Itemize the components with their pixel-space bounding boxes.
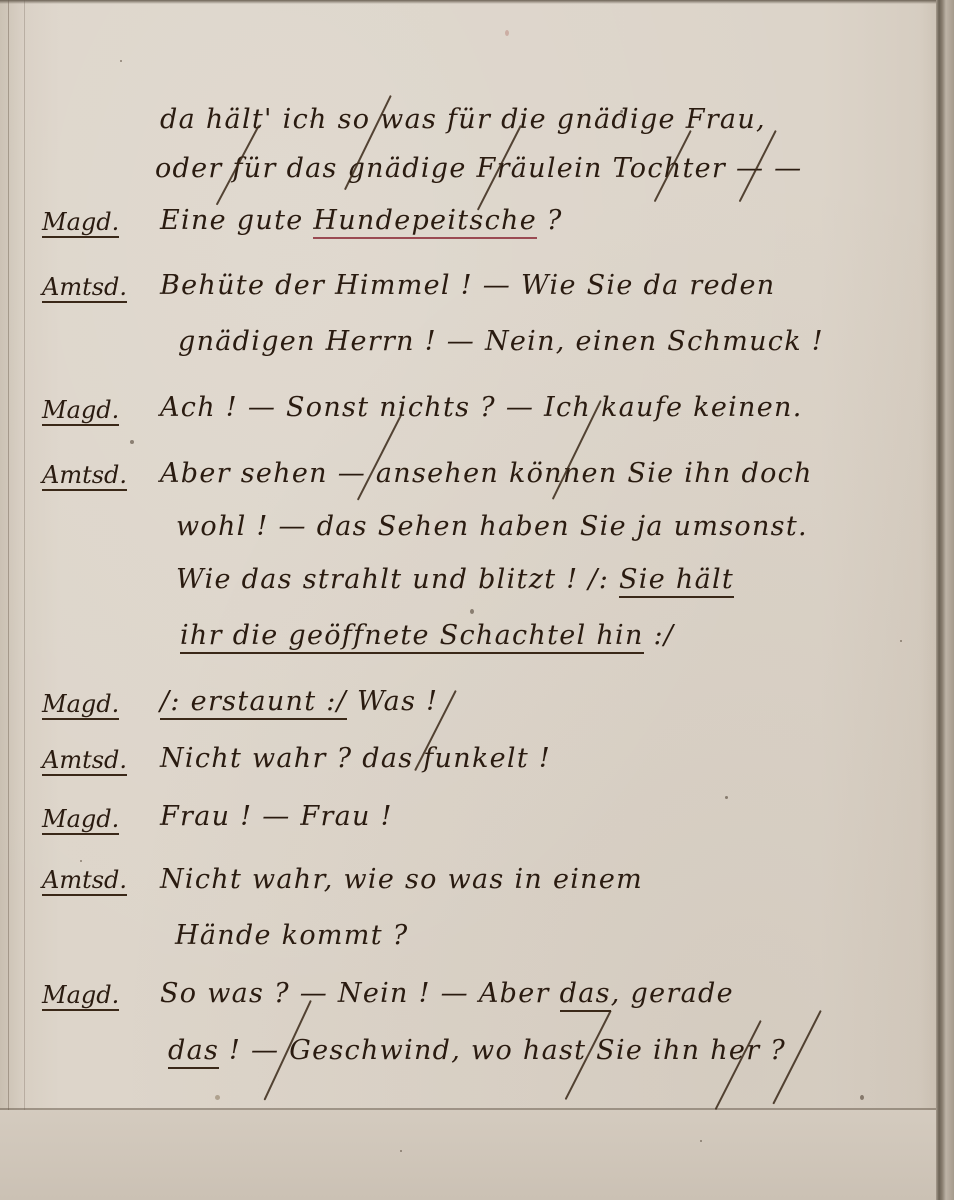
line-text: Nicht wahr ? das funkelt ! — [160, 743, 551, 774]
text-line: Aber sehen — ansehen können Sie ihn doch — [160, 460, 813, 487]
text-line: Behüte der Himmel ! — Wie Sie da reden — [160, 272, 775, 299]
text-line: Frau ! — Frau ! — [160, 803, 393, 830]
underlined-stage-direction: /: erstaunt :/ — [160, 686, 347, 720]
line-text: Behüte der Himmel ! — Wie Sie da reden — [160, 270, 775, 301]
line-text: Eine gute — [160, 205, 313, 236]
text-line: /: erstaunt :/ Was ! — [160, 688, 438, 715]
line-text: Hände kommt ? — [175, 920, 409, 951]
text-line: Eine gute Hundepeitsche ? — [160, 207, 563, 234]
page-bottom-margin — [0, 1110, 936, 1200]
speaker-label: Magd. — [42, 983, 119, 1011]
manuscript-scan: da hält' ich so was für die gnädige Frau… — [0, 0, 954, 1200]
text-line: das ! — Geschwind, wo hast Sie ihn her ? — [168, 1037, 786, 1064]
paper-speck — [400, 1150, 402, 1152]
speaker-label: Magd. — [42, 807, 119, 835]
underlined-stage-direction: ihr die geöffnete Schachtel hin — [180, 620, 644, 654]
speaker-label: Amtsd. — [42, 868, 127, 896]
manuscript-text: da hält' ich so was für die gnädige Frau… — [0, 0, 936, 1110]
line-text: Ach ! — Sonst nichts ? — Ich kaufe keine… — [160, 392, 803, 423]
line-text: wohl ! — das Sehen haben Sie ja umsonst. — [176, 511, 808, 542]
speaker-label: Amtsd. — [42, 463, 127, 491]
text-line: Nicht wahr ? das funkelt ! — [160, 745, 551, 772]
line-text: So was ? — Nein ! — Aber — [160, 978, 560, 1009]
speaker-label: Magd. — [42, 210, 119, 238]
line-text: da hält' ich so was für die gnädige Frau… — [160, 104, 766, 135]
line-text: Was ! — [347, 686, 438, 717]
line-text: , gerade — [611, 978, 734, 1009]
speaker-label: Magd. — [42, 692, 119, 720]
text-line: ihr die geöffnete Schachtel hin :/ — [180, 622, 674, 649]
manuscript-page: da hält' ich so was für die gnädige Frau… — [0, 0, 936, 1193]
speaker-label: Amtsd. — [42, 748, 127, 776]
text-line: gnädigen Herrn ! — Nein, einen Schmuck ! — [178, 328, 824, 355]
line-text: gnädigen Herrn ! — Nein, einen Schmuck ! — [178, 326, 824, 357]
scan-top-edge — [0, 0, 954, 4]
underlined-stage-direction: Sie hält — [619, 564, 734, 598]
speaker-label: Amtsd. — [42, 275, 127, 303]
underlined-word: das — [168, 1035, 219, 1069]
speaker-label: Magd. — [42, 398, 119, 426]
line-text: oder für das gnädige Fräulein Tochter — … — [155, 153, 802, 184]
page-right-edge — [936, 0, 954, 1200]
paper-speck — [700, 1140, 702, 1142]
text-line: Nicht wahr, wie so was in einem — [160, 866, 643, 893]
line-text: ! — Geschwind, wo hast Sie ihn her ? — [219, 1035, 786, 1066]
text-line: Ach ! — Sonst nichts ? — Ich kaufe keine… — [160, 394, 803, 421]
text-line: wohl ! — das Sehen haben Sie ja umsonst. — [176, 513, 808, 540]
line-text: Frau ! — Frau ! — [160, 801, 393, 832]
text-line: Wie das strahlt und blitzt ! /: Sie hält — [176, 566, 734, 593]
line-text: :/ — [644, 620, 675, 651]
line-text: Aber sehen — ansehen können Sie ihn doch — [160, 458, 813, 489]
text-line: So was ? — Nein ! — Aber das, gerade — [160, 980, 734, 1007]
red-underlined-word: Hundepeitsche — [313, 205, 537, 239]
text-line: da hält' ich so was für die gnädige Frau… — [160, 106, 766, 133]
underlined-word: das — [560, 978, 611, 1012]
text-line: oder für das gnädige Fräulein Tochter — … — [155, 155, 802, 182]
text-line: Hände kommt ? — [175, 922, 409, 949]
line-text: ? — [537, 205, 563, 236]
line-text: Nicht wahr, wie so was in einem — [160, 864, 643, 895]
line-text: Wie das strahlt und blitzt ! /: — [176, 564, 619, 595]
